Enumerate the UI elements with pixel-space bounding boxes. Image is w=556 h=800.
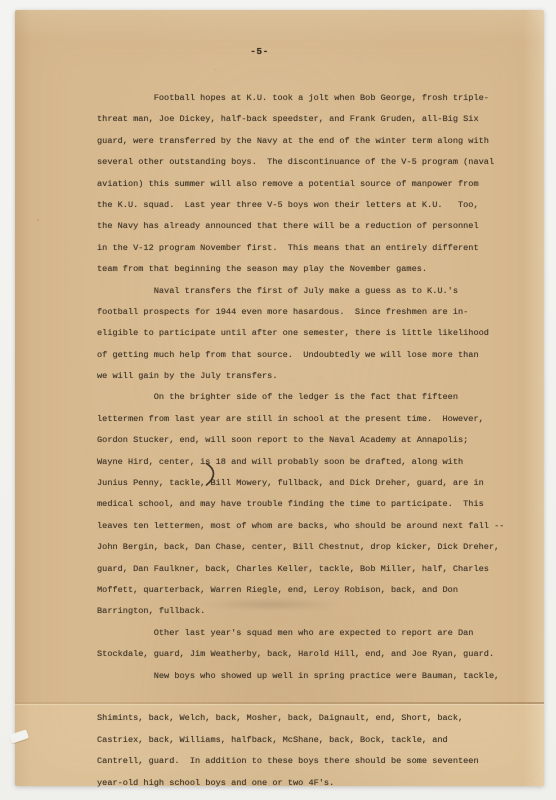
typed-line: Cantrell, guard. In addition to these bo… (97, 751, 517, 772)
typed-line: aviation) this summer will also remove a… (97, 174, 517, 195)
typed-line: Gordon Stucker, end, will soon report to… (97, 430, 517, 451)
typed-line: the K.U. squad. Last year three V-5 boys… (97, 195, 517, 216)
typed-line: team from that beginning the season may … (97, 259, 517, 280)
typed-line: Shimints, back, Welch, back, Mosher, bac… (97, 708, 517, 729)
typed-line: several other outstanding boys. The disc… (97, 152, 517, 173)
typed-line: in the V-12 program November first. This… (97, 238, 517, 259)
document-page: -5- Football hopes at K.U. took a jolt w… (15, 10, 544, 786)
typed-line: the Navy has already announced that ther… (97, 216, 517, 237)
typed-line: eligible to participate until after one … (97, 323, 517, 344)
typed-line: New boys who showed up well in spring pr… (97, 666, 517, 687)
typed-line: Football hopes at K.U. took a jolt when … (97, 88, 517, 109)
typed-line: lettermen from last year are still in sc… (97, 409, 517, 430)
handwritten-insertion-mark (204, 462, 218, 486)
typed-line: Other last year's squad men who are expe… (97, 623, 517, 644)
typed-text-block: Football hopes at K.U. took a jolt when … (97, 88, 517, 794)
typed-line: Wayne Hird, center, is 18 and will proba… (97, 452, 517, 473)
typed-line: guard, Dan Faulkner, back, Charles Kelle… (97, 559, 517, 580)
typed-line: John Bergin, back, Dan Chase, center, Bi… (97, 537, 517, 558)
erasure-smudge (201, 598, 341, 611)
typed-line: threat man, Joe Dickey, half-back speeds… (97, 109, 517, 130)
typed-line: of getting much help from that source. U… (97, 345, 517, 366)
typed-line: Stockdale, guard, Jim Weatherby, back, H… (97, 644, 517, 665)
typed-line: guard, were transferred by the Navy at t… (97, 131, 517, 152)
typed-line: Naval transfers the first of July make a… (97, 281, 517, 302)
typed-line: Junius Penny, tackle, Bill Mowery, fullb… (97, 473, 517, 494)
typed-line: Castriex, back, Williams, halfback, McSh… (97, 730, 517, 751)
typed-line: year-old high school boys and one or two… (97, 773, 517, 794)
typed-line: we will gain by the July transfers. (97, 366, 517, 387)
typed-line: medical school, and may have trouble fin… (97, 494, 517, 515)
typed-line: leaves ten lettermen, most of whom are b… (97, 516, 517, 537)
typed-line: football prospects for 1944 even more ha… (97, 302, 517, 323)
typed-line: On the brighter side of the ledger is th… (97, 387, 517, 408)
page-number: -5- (15, 46, 504, 57)
